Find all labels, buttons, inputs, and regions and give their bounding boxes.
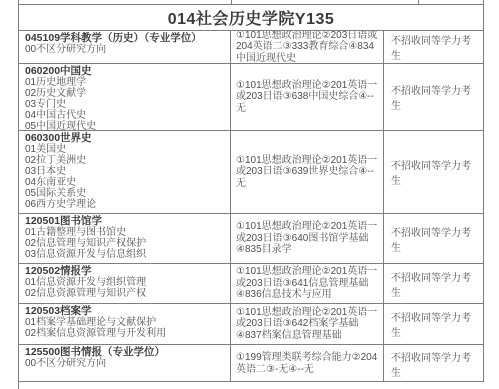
row-060200: 060200中国史 01历史地理学 02历史文献学 03专门史 04中国古代史 … — [19, 64, 483, 131]
exam-subjects-cell: ①199管理类联考综合能力②204英语二③-无④--无 — [231, 345, 384, 382]
research-directions: 01历史地理学 02历史文献学 03专门史 04中国古代史 05中国近现代史 — [25, 77, 225, 130]
program-cell: 120501图书馆学 01古籍整理与图书馆史 02信息管理与知识产权保护 03信… — [19, 214, 231, 263]
research-directions: 01档案学基础理论与文献保护 02档案信息资源管理与开发利用 — [25, 317, 225, 339]
admissions-table: 014社会历史学院Y135 045109学科教学（历史）（专业学位） 00不区分… — [18, 4, 484, 382]
exam-subjects: ①101思想政治理论②203日语或204英语二③333教育综合④834中国近现代… — [236, 31, 378, 63]
note-cell: 不招收同等学力考生 — [384, 131, 483, 213]
research-directions: 01古籍整理与图书馆史 02信息管理与知识产权保护 03信息资源开发与信息组织 — [25, 227, 225, 260]
program-cell: 120502情报学 01信息资源开发与组织管理 02信息资源管理与知识产权 — [19, 264, 231, 303]
exam-subjects-cell: ①101思想政治理论②201英语一或203日语③642档案学基础④837档案信息… — [231, 304, 384, 344]
note-cell: 不招收同等学力考生 — [384, 264, 483, 303]
exam-subjects: ①101思想政治理论②201英语一或203日语③640图书馆学基础④835目录学 — [236, 221, 378, 256]
research-directions: 01美国史 02拉丁美洲史 03日本史 04东南亚史 05国际关系史 06西方史… — [25, 144, 225, 210]
row-045109: 045109学科教学（历史）（专业学位） 00不区分研究方向 ①101思想政治理… — [19, 31, 483, 64]
program-code: 060200中国史 — [25, 66, 225, 77]
exam-subjects: ①101思想政治理论②201英语一或203日语③641信息管理基础④836信息技… — [236, 266, 378, 301]
program-code: 120503档案学 — [25, 306, 225, 317]
exam-subjects-cell: ①101思想政治理论②201英语一或203日语③641信息管理基础④836信息技… — [231, 264, 384, 303]
exam-subjects-cell: ①101思想政治理论②201英语一或203日语③638中国史综合④--无 — [231, 64, 384, 130]
row-060300: 060300世界史 01美国史 02拉丁美洲史 03日本史 04东南亚史 05国… — [19, 131, 483, 214]
program-code: 120502情报学 — [25, 266, 225, 277]
program-cell: 125500图书情报（专业学位） 00不区分研究方向 — [19, 345, 231, 382]
exam-subjects-cell: ①101思想政治理论②203日语或204英语二③333教育综合④834中国近现代… — [231, 31, 384, 63]
program-code: 120501图书馆学 — [25, 216, 225, 227]
exam-subjects: ①101思想政治理论②201英语一或203日语③638中国史综合④--无 — [236, 80, 378, 115]
note-cell: 不招收同等学力考生 — [384, 345, 483, 382]
program-code: 125500图书情报（专业学位） — [25, 347, 225, 358]
program-cell: 060300世界史 01美国史 02拉丁美洲史 03日本史 04东南亚史 05国… — [19, 131, 231, 213]
program-cell: 060200中国史 01历史地理学 02历史文献学 03专门史 04中国古代史 … — [19, 64, 231, 130]
note-cell: 不招收同等学力考生 — [384, 64, 483, 130]
research-directions: 00不区分研究方向 — [25, 358, 225, 369]
note-cell: 不招收同等学力考生 — [384, 31, 483, 63]
program-code: 045109学科教学（历史）（专业学位） — [25, 33, 225, 44]
exam-subjects-cell: ①101思想政治理论②201英语一或203日语③639世界史综合④--无 — [231, 131, 384, 213]
program-cell: 045109学科教学（历史）（专业学位） 00不区分研究方向 — [19, 31, 231, 63]
exam-subjects: ①101思想政治理论②201英语一或203日语③639世界史综合④--无 — [236, 155, 378, 190]
page-title: 014社会历史学院Y135 — [19, 5, 483, 31]
row-125500: 125500图书情报（专业学位） 00不区分研究方向 ①199管理类联考综合能力… — [19, 345, 483, 382]
note-cell: 不招收同等学力考生 — [384, 214, 483, 263]
research-directions: 00不区分研究方向 — [25, 44, 225, 55]
exam-subjects-cell: ①101思想政治理论②201英语一或203日语③640图书馆学基础④835目录学 — [231, 214, 384, 263]
exam-subjects: ①199管理类联考综合能力②204英语二③-无④--无 — [236, 352, 378, 375]
row-120503: 120503档案学 01档案学基础理论与文献保护 02档案信息资源管理与开发利用… — [19, 304, 483, 345]
row-120501: 120501图书馆学 01古籍整理与图书馆史 02信息管理与知识产权保护 03信… — [19, 214, 483, 264]
research-directions: 01信息资源开发与组织管理 02信息资源管理与知识产权 — [25, 277, 225, 299]
exam-subjects: ①101思想政治理论②201英语一或203日语③642档案学基础④837档案信息… — [236, 307, 378, 342]
program-code: 060300世界史 — [25, 133, 225, 144]
note-cell: 不招收同等学力考生 — [384, 304, 483, 344]
admissions-table-page: 014社会历史学院Y135 045109学科教学（历史）（专业学位） 00不区分… — [0, 0, 499, 389]
table-border-stub — [18, 382, 19, 389]
row-120502: 120502情报学 01信息资源开发与组织管理 02信息资源管理与知识产权 ①1… — [19, 264, 483, 304]
program-cell: 120503档案学 01档案学基础理论与文献保护 02档案信息资源管理与开发利用 — [19, 304, 231, 344]
